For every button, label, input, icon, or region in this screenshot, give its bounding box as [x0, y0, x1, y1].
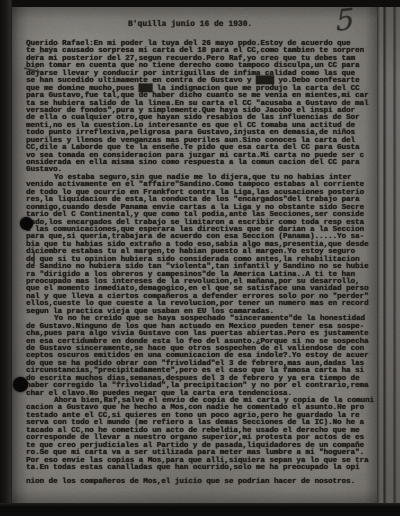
letter-line: corresponde de llevar a nuestro organo s… — [26, 434, 377, 441]
paragraph: Querido Rafael:En mi poder la tuya del 2… — [26, 40, 377, 174]
scan-left-border — [0, 0, 12, 516]
letter-line: que me domine mucho,pues ███ la indignac… — [26, 85, 377, 92]
hole-punch-top — [20, 217, 33, 230]
scan-top-border — [0, 0, 400, 7]
letter-line: pueriles y llenos de venganzas mas pueri… — [26, 137, 377, 144]
letter-line: todo punto irreflexiva,peligrosa para Gu… — [26, 129, 377, 136]
letter-line: tario del C Continental,y que como tal p… — [26, 211, 377, 218]
letter-line: serva con todo el mundo (me refiero a la… — [26, 419, 377, 426]
paragraph: Yo no he creido que se haya sospechado "… — [26, 315, 377, 397]
letter-line: nion de los compañeros de Mos,el juicio … — [26, 478, 377, 485]
letter-line: Por eso envie las copias a Mos,para que … — [26, 457, 377, 464]
letter-line: se han sucedido ultimamente en contra de… — [26, 77, 377, 84]
letter-line: que el momento inmediato,demagogico,en e… — [26, 285, 377, 292]
letter-line: circunstancias,"precipitadamente",pero e… — [26, 367, 377, 374]
letter-line: te que creo perjudiciales al Partido y d… — [26, 442, 377, 449]
letter-line: diciembre estabas tu al margen,te habian… — [26, 248, 377, 255]
letter-line: vo sea tomada en consideracion para juzg… — [26, 152, 377, 159]
letter-line: para Gustavo,fue tal,que de haber dicho … — [26, 92, 377, 99]
letter-line: conmigo,cuando desde Panama envie cartas… — [26, 204, 377, 211]
letter-line: en esa certidumbre en donde esta lo feo … — [26, 338, 377, 345]
letter-line: rado,los encargados del trabajo se limit… — [26, 219, 377, 226]
pencil-margin-tick — [33, 251, 35, 264]
letter-line: haber corregido la "frivolidad",la preci… — [26, 382, 377, 389]
letter-line: ra "dirigido a los obreros y campesinos"… — [26, 271, 377, 278]
letter-line: de Gustavo.Ninguno de los que han actuad… — [26, 323, 377, 330]
letter-line: char el clavo.No puedes negar que la car… — [26, 390, 377, 397]
letter-line: cacion a Gustavo que he hecho a Mos,con … — [26, 404, 377, 411]
scan-right-edge-strip — [377, 0, 400, 516]
letter-line: do escrita muchos dias,semanas,despues d… — [26, 375, 377, 382]
letter-line: Gustavo. — [26, 166, 377, 173]
letter-body: Querido Rafael:En mi poder la tuya del 2… — [26, 40, 377, 486]
paragraph: Ahora bien,Raf,salvo el envio de copia d… — [26, 397, 377, 471]
letter-line: de ella o cualquier otro,que hayan sido … — [26, 114, 377, 121]
letter-line: ceptos oscuros emitidos en una comunicac… — [26, 352, 377, 359]
letter-line: CC,dile a Laborde que te la enseñe.Te pi… — [26, 144, 377, 151]
letter-line: venido activamente en el "affaire"Sandin… — [26, 181, 377, 188]
letter-line: te haya causado sorpresa mi carta del 18… — [26, 47, 377, 54]
letter-line: Yo no he creido que se haya sospechado "… — [26, 315, 377, 322]
scan-bottom-border — [0, 503, 400, 516]
letter-line: ellos,cueste lo que cueste a la revoluci… — [26, 300, 377, 307]
letter-line: cha,pues para algo vivia Gustavo con las… — [26, 330, 377, 337]
letter-line: para que,si queria,trabajara de acuerdo … — [26, 233, 377, 240]
letter-line: de Sandino no hubiera sido tan "violenta… — [26, 263, 377, 270]
scanned-letter-photo: B'quilla junio 16 de 1930. Querido Rafae… — [0, 0, 400, 516]
paragraph: nion de los compañeros de Mos,el juicio … — [26, 478, 377, 485]
letter-line: res,la liquidacion de esta,la conducta d… — [26, 196, 377, 203]
paragraph: Yo estaba seguro,sin que nadie me lo dij… — [26, 174, 377, 315]
letter-page: B'quilla junio 16 de 1930. Querido Rafae… — [10, 7, 377, 504]
letter-line: ro.Se que mi carta va a ser utilizada pa… — [26, 449, 377, 456]
hole-punch-bottom — [13, 377, 28, 392]
letter-line: ta.En todas estas canalladas que han ocu… — [26, 464, 377, 471]
letter-line: ta se hubiera salido de la linea.En su c… — [26, 100, 377, 107]
letter-line: bien tomar en cuenta que no tiene derech… — [26, 62, 377, 69]
letter-line: onsiderada en ella misma sino como respu… — [26, 159, 377, 166]
letter-dateline: B'quilla junio 16 de 1930. — [128, 21, 252, 29]
letter-line: de que si tu opinion hubiera sido consid… — [26, 256, 377, 263]
